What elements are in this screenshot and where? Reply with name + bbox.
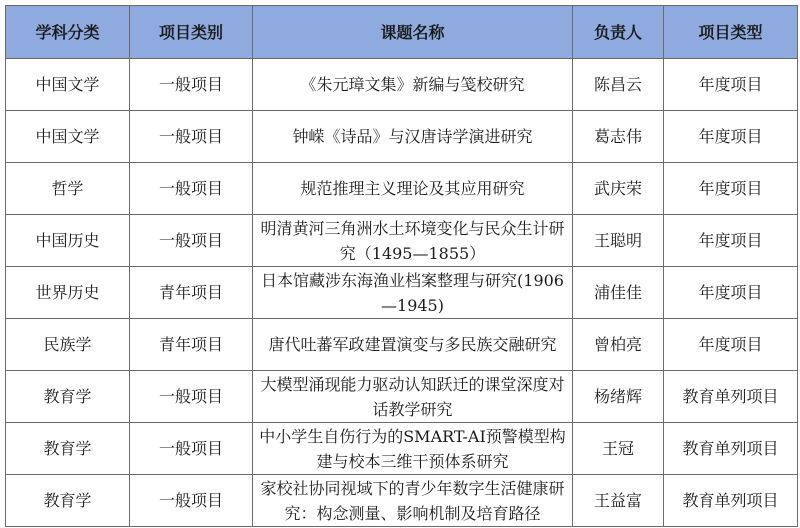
header-category: 项目类别 — [130, 6, 253, 59]
cell-leader: 王聪明 — [573, 215, 664, 267]
cell-category: 一般项目 — [130, 215, 253, 267]
cell-type: 教育单列项目 — [664, 371, 798, 423]
cell-type: 年度项目 — [664, 163, 798, 215]
cell-type: 教育单列项目 — [664, 423, 798, 475]
cell-category: 一般项目 — [130, 423, 253, 475]
cell-discipline: 教育学 — [6, 371, 130, 423]
cell-type: 年度项目 — [664, 267, 798, 319]
cell-type: 年度项目 — [664, 319, 798, 371]
cell-category: 一般项目 — [130, 163, 253, 215]
cell-type: 教育单列项目 — [664, 475, 798, 527]
table-row: 民族学 青年项目 唐代吐蕃军政建置演变与多民族交融研究 曾柏亮 年度项目 — [6, 319, 798, 371]
cell-title: 《朱元璋文集》新编与笺校研究 — [253, 59, 573, 111]
cell-title: 中小学生自伤行为的SMART-AI预警模型构建与校本三维干预体系研究 — [253, 423, 573, 475]
cell-title: 家校社协同视域下的青少年数字生活健康研究：构念测量、影响机制及培育路径 — [253, 475, 573, 527]
header-leader: 负责人 — [573, 6, 664, 59]
table-row: 教育学 一般项目 大模型涌现能力驱动认知跃迁的课堂深度对话教学研究 杨绪辉 教育… — [6, 371, 798, 423]
cell-leader: 曾柏亮 — [573, 319, 664, 371]
header-type: 项目类型 — [664, 6, 798, 59]
cell-discipline: 世界历史 — [6, 267, 130, 319]
header-title: 课题名称 — [253, 6, 573, 59]
cell-type: 年度项目 — [664, 215, 798, 267]
cell-category: 一般项目 — [130, 59, 253, 111]
cell-leader: 葛志伟 — [573, 111, 664, 163]
cell-title: 明清黄河三角洲水土环境变化与民众生计研究（1495—1855） — [253, 215, 573, 267]
table-row: 哲学 一般项目 规范推理主义理论及其应用研究 武庆荣 年度项目 — [6, 163, 798, 215]
cell-title: 大模型涌现能力驱动认知跃迁的课堂深度对话教学研究 — [253, 371, 573, 423]
table-row: 世界历史 青年项目 日本馆藏涉东海渔业档案整理与研究(1906—1945) 浦佳… — [6, 267, 798, 319]
table-row: 中国文学 一般项目 钟嵘《诗品》与汉唐诗学演进研究 葛志伟 年度项目 — [6, 111, 798, 163]
table-row: 教育学 一般项目 中小学生自伤行为的SMART-AI预警模型构建与校本三维干预体… — [6, 423, 798, 475]
cell-category: 青年项目 — [130, 319, 253, 371]
header-row: 学科分类 项目类别 课题名称 负责人 项目类型 — [6, 6, 798, 59]
cell-leader: 武庆荣 — [573, 163, 664, 215]
cell-discipline: 教育学 — [6, 423, 130, 475]
cell-category: 一般项目 — [130, 371, 253, 423]
cell-category: 一般项目 — [130, 475, 253, 527]
table-row: 中国历史 一般项目 明清黄河三角洲水土环境变化与民众生计研究（1495—1855… — [6, 215, 798, 267]
cell-discipline: 中国文学 — [6, 59, 130, 111]
cell-leader: 陈昌云 — [573, 59, 664, 111]
cell-discipline: 哲学 — [6, 163, 130, 215]
table-row: 中国文学 一般项目 《朱元璋文集》新编与笺校研究 陈昌云 年度项目 — [6, 59, 798, 111]
cell-title: 日本馆藏涉东海渔业档案整理与研究(1906—1945) — [253, 267, 573, 319]
cell-category: 一般项目 — [130, 111, 253, 163]
cell-title: 唐代吐蕃军政建置演变与多民族交融研究 — [253, 319, 573, 371]
cell-leader: 浦佳佳 — [573, 267, 664, 319]
cell-discipline: 教育学 — [6, 475, 130, 527]
cell-leader: 王益富 — [573, 475, 664, 527]
cell-discipline: 民族学 — [6, 319, 130, 371]
cell-type: 年度项目 — [664, 111, 798, 163]
cell-category: 青年项目 — [130, 267, 253, 319]
cell-title: 规范推理主义理论及其应用研究 — [253, 163, 573, 215]
header-discipline: 学科分类 — [6, 6, 130, 59]
cell-leader: 王冠 — [573, 423, 664, 475]
table-row: 教育学 一般项目 家校社协同视域下的青少年数字生活健康研究：构念测量、影响机制及… — [6, 475, 798, 527]
cell-leader: 杨绪辉 — [573, 371, 664, 423]
project-table: 学科分类 项目类别 课题名称 负责人 项目类型 中国文学 一般项目 《朱元璋文集… — [5, 5, 798, 527]
cell-discipline: 中国历史 — [6, 215, 130, 267]
cell-title: 钟嵘《诗品》与汉唐诗学演进研究 — [253, 111, 573, 163]
cell-type: 年度项目 — [664, 59, 798, 111]
cell-discipline: 中国文学 — [6, 111, 130, 163]
